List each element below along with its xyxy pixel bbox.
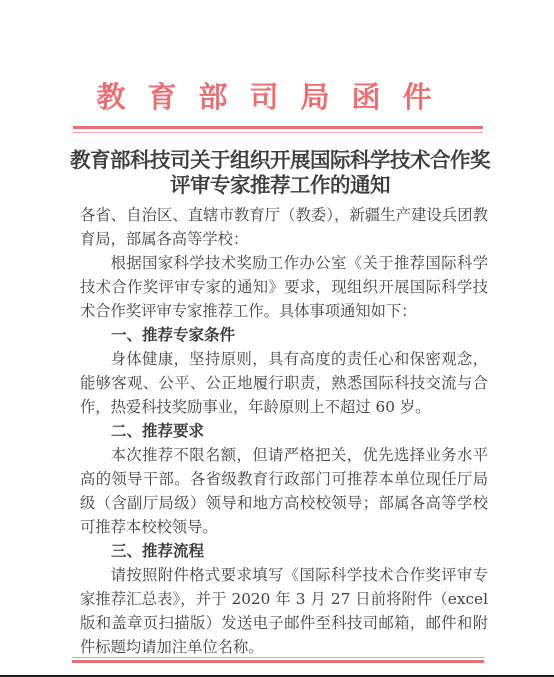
letterhead-char: 司	[249, 80, 279, 114]
section-text-3: 请按照附件格式要求填写《国际科学技术合作奖评审专家推荐汇总表》，并于 2020 …	[80, 563, 488, 659]
salutation: 各省、自治区、直辖市教育厅（教委），新疆生产建设兵团教育局，部属各高等学校：	[80, 203, 488, 251]
section-heading-1: 一、推荐专家条件	[80, 323, 488, 347]
letterhead-char: 局	[300, 80, 330, 114]
footer-rule-thin	[72, 657, 484, 658]
letterhead-char: 教	[96, 80, 126, 114]
letterhead-char: 部	[198, 80, 228, 114]
section-text-2: 本次推荐不限名额，但请严格把关，优先选择业务水平高的领导干部。各省级教育行政部门…	[80, 443, 488, 539]
letterhead-char: 件	[402, 80, 432, 114]
document-title-line2: 评审专家推荐工作的通知	[60, 173, 500, 198]
intro-paragraph: 根据国家科学技术奖励工作办公室《关于推荐国际科学技术合作奖评审专家的通知》要求，…	[80, 251, 488, 323]
letterhead-char: 函	[351, 80, 381, 114]
section-text-1: 身体健康，坚持原则，具有高度的责任心和保密观念，能够客观、公平、公正地履行职责，…	[80, 347, 488, 419]
letterhead: 教 育 部 司 局 函 件	[96, 80, 432, 114]
section-heading-3: 三、推荐流程	[80, 539, 488, 563]
header-rule-thin	[73, 132, 483, 133]
document-title-line1: 教育部科技司关于组织开展国际科学技术合作奖	[60, 148, 500, 173]
section-heading-2: 二、推荐要求	[80, 419, 488, 443]
document-page: 教 育 部 司 局 函 件 教育部科技司关于组织开展国际科学技术合作奖 评审专家…	[0, 0, 554, 677]
header-rule-thick	[73, 126, 483, 129]
footer-rule-thick	[72, 660, 484, 663]
document-body: 各省、自治区、直辖市教育厅（教委），新疆生产建设兵团教育局，部属各高等学校： 根…	[80, 203, 488, 659]
letterhead-char: 育	[147, 80, 177, 114]
